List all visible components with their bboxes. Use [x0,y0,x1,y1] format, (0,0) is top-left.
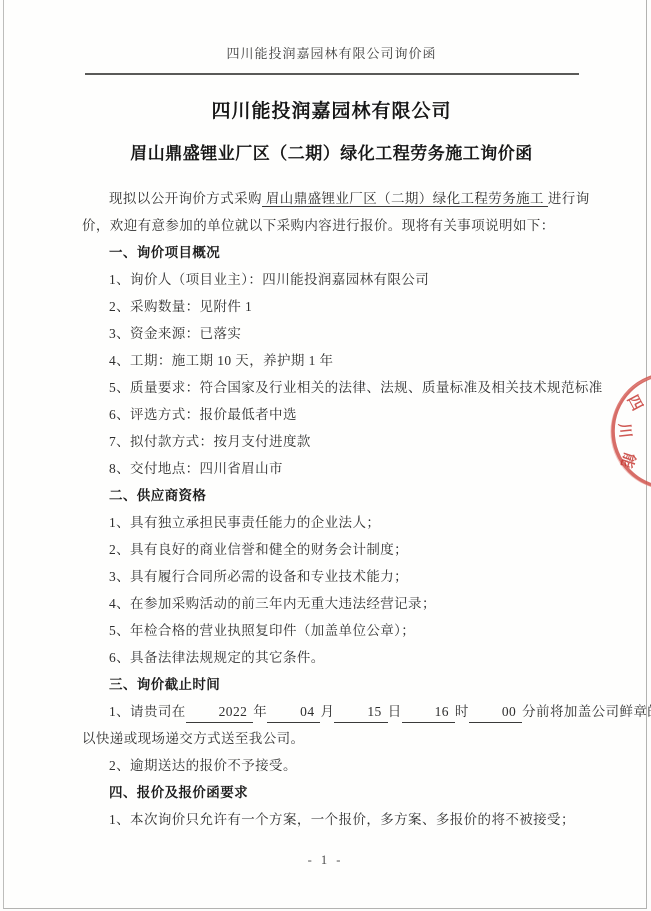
overview-item: 2、采购数量：见附件 1 [82,293,581,320]
overview-item: 1、询价人（项目业主）：四川能投润嘉园林有限公司 [82,266,581,293]
qualification-item: 2、具有良好的商业信誉和健全的财务会计制度； [82,536,581,563]
deadline-line-2: 以快递或现场递交方式送至我公司。 [82,725,581,752]
project-name-underlined: 眉山鼎盛锂业厂区（二期）绿化工程劳务施工 [262,191,548,207]
intro-tail: 进行询 [548,191,590,206]
deadline-year-blank: 2022 [186,702,254,723]
overview-item: 7、拟付款方式：按月支付进度款 [82,428,581,455]
overview-item: 5、质量要求：符合国家及行业相关的法律、法规、质量标准及相关技术规范标准 [82,374,581,401]
overview-item: 6、评选方式：报价最低者中选 [82,401,581,428]
overview-item: 8、交付地点：四川省眉山市 [82,455,581,482]
qualification-item: 3、具有履行合同所必需的设备和专业技术能力； [82,563,581,590]
overview-item: 3、资金来源：已落实 [82,320,581,347]
section-qualification-heading: 二、供应商资格 [82,482,581,509]
intro-line-1: 现拟以公开询价方式采购眉山鼎盛锂业厂区（二期）绿化工程劳务施工进行询 [82,185,581,212]
document-body: 现拟以公开询价方式采购眉山鼎盛锂业厂区（二期）绿化工程劳务施工进行询 价，欢迎有… [82,185,581,833]
document-title: 四川能投润嘉园林有限公司 [82,101,581,123]
deadline-line-1: 1、请贵司在2022年04月15日16时00分前将加盖公司鲜章的报价函原件 [82,698,581,725]
qualification-item: 5、年检合格的营业执照复印件（加盖单位公章）； [82,617,581,644]
deadline-minute-blank: 00 [469,702,522,723]
qualification-item: 6、具备法律法规规定的其它条件。 [82,644,581,671]
deadline-hour-unit: 时 [455,704,469,719]
scanned-page: 四川能投润嘉园林有限公司询价函 四川能投润嘉园林有限公司 眉山鼎盛锂业厂区（二期… [0,0,651,911]
page-number: - 1 - [0,853,651,868]
document-subtitle: 眉山鼎盛锂业厂区（二期）绿化工程劳务施工询价函 [82,143,581,165]
deadline-hour-blank: 16 [402,702,455,723]
header-rule [85,73,579,75]
deadline-item-2: 2、逾期送达的报价不予接受。 [82,752,581,779]
overview-item: 4、工期：施工期 10 天，养护期 1 年 [82,347,581,374]
quotation-item: 1、本次询价只允许有一个方案，一个报价，多方案、多报价的将不被接受； [82,806,581,833]
deadline-day-unit: 日 [388,704,402,719]
intro-lead: 现拟以公开询价方式采购 [109,191,262,206]
deadline-lead: 1、请贵司在 [109,704,186,719]
section-overview-heading: 一、询价项目概况 [82,239,581,266]
page-content: 四川能投润嘉园林有限公司询价函 四川能投润嘉园林有限公司 眉山鼎盛锂业厂区（二期… [82,0,581,833]
deadline-month-blank: 04 [267,702,320,723]
qualification-item: 1、具有独立承担民事责任能力的企业法人； [82,509,581,536]
qualification-item: 4、在参加采购活动的前三年内无重大违法经营记录； [82,590,581,617]
deadline-year-unit: 年 [253,704,267,719]
section-quotation-heading: 四、报价及报价函要求 [82,779,581,806]
running-header: 四川能投润嘉园林有限公司询价函 [82,0,581,62]
intro-line-2: 价，欢迎有意参加的单位就以下采购内容进行报价。现将有关事项说明如下： [82,212,581,239]
deadline-day-blank: 15 [334,702,387,723]
deadline-month-unit: 月 [320,704,334,719]
section-deadline-heading: 三、询价截止时间 [82,671,581,698]
deadline-tail: 分前将加盖公司鲜章的报价函原件 [522,704,651,719]
